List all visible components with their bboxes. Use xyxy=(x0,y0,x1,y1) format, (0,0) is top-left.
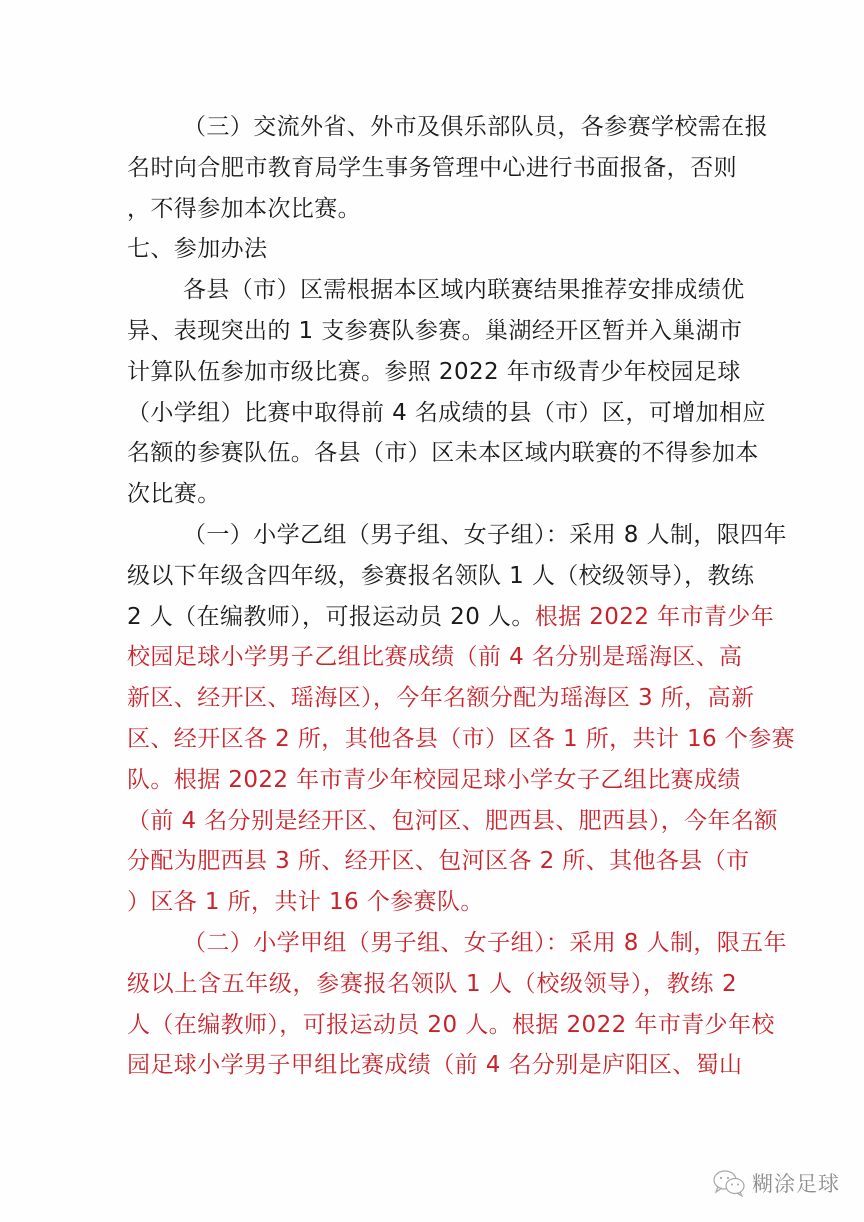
highlighted-text: 级以上含五年级，参赛报名领队 1 人（校级领导），教练 2 xyxy=(127,971,737,997)
text-line: 2 人（在编教师），可报运动员 20 人。根据 2022 年市青少年 xyxy=(127,597,737,638)
body-text: 七、参加办法 xyxy=(127,236,267,262)
highlighted-text: 校园足球小学男子乙组比赛成绩（前 4 名分别是瑶海区、高 xyxy=(127,644,742,670)
body-text: 2 人（在编教师），可报运动员 20 人。 xyxy=(127,604,535,630)
body-text: （三）交流外省、外市及俱乐部队员，各参赛学校需在报 xyxy=(183,114,768,140)
text-line: 园足球小学男子甲组比赛成绩（前 4 名分别是庐阳区、蜀山 xyxy=(127,1045,737,1086)
body-text: 次比赛。 xyxy=(127,481,221,507)
highlighted-text: 队。根据 2022 年市青少年校园足球小学女子乙组比赛成绩 xyxy=(127,767,741,793)
text-line: 人（在编教师），可报运动员 20 人。根据 2022 年市青少年校 xyxy=(127,1005,737,1046)
wechat-icon xyxy=(712,1169,746,1197)
text-line: 分配为肥西县 3 所、经开区、包河区各 2 所、其他各县（市 xyxy=(127,841,737,882)
text-line: 各县（市）区需根据本区域内联赛结果推荐安排成绩优 xyxy=(127,270,737,311)
text-line: 名时向合肥市教育局学生事务管理中心进行书面报备，否则 xyxy=(127,148,737,189)
body-text: 计算队伍参加市级比赛。参照 2022 年市级青少年校园足球 xyxy=(127,359,741,385)
body-text: 名时向合肥市教育局学生事务管理中心进行书面报备，否则 xyxy=(127,155,737,181)
body-text: 各县（市）区需根据本区域内联赛结果推荐安排成绩优 xyxy=(183,277,745,303)
document-page: （三）交流外省、外市及俱乐部队员，各参赛学校需在报名时向合肥市教育局学生事务管理… xyxy=(0,0,864,1222)
text-line: （三）交流外省、外市及俱乐部队员，各参赛学校需在报 xyxy=(127,107,737,148)
text-line: 区、经开区各 2 所，其他各县（市）区各 1 所，共计 16 个参赛 xyxy=(127,719,737,760)
highlighted-text: 根据 2022 年市青少年 xyxy=(535,604,774,630)
text-line: （前 4 名分别是经开区、包河区、肥西县、肥西县），今年名额 xyxy=(127,801,737,842)
body-text: 级以下年级含四年级，参赛报名领队 1 人（校级领导），教练 xyxy=(127,563,754,589)
highlighted-text: 分配为肥西县 3 所、经开区、包河区各 2 所、其他各县（市 xyxy=(127,848,750,874)
body-text: 名额的参赛队伍。各县（市）区未本区域内联赛的不得参加本 xyxy=(127,440,759,466)
text-line: 计算队伍参加市级比赛。参照 2022 年市级青少年校园足球 xyxy=(127,352,737,393)
watermark: 糊涂足球 xyxy=(712,1168,840,1198)
body-text: 异、表现突出的 1 支参赛队参赛。巢湖经开区暂并入巢湖市 xyxy=(127,318,742,344)
highlighted-text: 区、经开区各 2 所，其他各县（市）区各 1 所，共计 16 个参赛 xyxy=(127,726,795,752)
highlighted-text: ）区各 1 所，共计 16 个参赛队。 xyxy=(127,889,484,915)
text-line: 校园足球小学男子乙组比赛成绩（前 4 名分别是瑶海区、高 xyxy=(127,637,737,678)
watermark-text: 糊涂足球 xyxy=(752,1168,840,1198)
text-line: 级以下年级含四年级，参赛报名领队 1 人（校级领导），教练 xyxy=(127,556,737,597)
text-line: 次比赛。 xyxy=(127,474,737,515)
body-text: ，不得参加本次比赛。 xyxy=(127,196,361,222)
text-line: 队。根据 2022 年市青少年校园足球小学女子乙组比赛成绩 xyxy=(127,760,737,801)
text-line: ）区各 1 所，共计 16 个参赛队。 xyxy=(127,882,737,923)
text-line: ，不得参加本次比赛。 xyxy=(127,189,737,230)
text-line: 七、参加办法 xyxy=(127,229,737,270)
text-line: 名额的参赛队伍。各县（市）区未本区域内联赛的不得参加本 xyxy=(127,433,737,474)
document-body: （三）交流外省、外市及俱乐部队员，各参赛学校需在报名时向合肥市教育局学生事务管理… xyxy=(127,107,737,1086)
text-line: 级以上含五年级，参赛报名领队 1 人（校级领导），教练 2 xyxy=(127,964,737,1005)
highlighted-text: （前 4 名分别是经开区、包河区、肥西县、肥西县），今年名额 xyxy=(127,808,778,834)
text-line: （二）小学甲组（男子组、女子组）：采用 8 人制，限五年 xyxy=(127,923,737,964)
highlighted-text: （二）小学甲组（男子组、女子组）：采用 8 人制，限五年 xyxy=(183,930,787,956)
text-line: （小学组）比赛中取得前 4 名成绩的县（市）区，可增加相应 xyxy=(127,393,737,434)
body-text: （小学组）比赛中取得前 4 名成绩的县（市）区，可增加相应 xyxy=(127,400,766,426)
body-text: （一）小学乙组（男子组、女子组）：采用 8 人制，限四年 xyxy=(183,522,787,548)
highlighted-text: 人（在编教师），可报运动员 20 人。根据 2022 年市青少年校 xyxy=(127,1012,775,1038)
text-line: 异、表现突出的 1 支参赛队参赛。巢湖经开区暂并入巢湖市 xyxy=(127,311,737,352)
text-line: 新区、经开区、瑶海区），今年名额分配为瑶海区 3 所，高新 xyxy=(127,678,737,719)
highlighted-text: 新区、经开区、瑶海区），今年名额分配为瑶海区 3 所，高新 xyxy=(127,685,754,711)
highlighted-text: 园足球小学男子甲组比赛成绩（前 4 名分别是庐阳区、蜀山 xyxy=(127,1052,742,1078)
text-line: （一）小学乙组（男子组、女子组）：采用 8 人制，限四年 xyxy=(127,515,737,556)
